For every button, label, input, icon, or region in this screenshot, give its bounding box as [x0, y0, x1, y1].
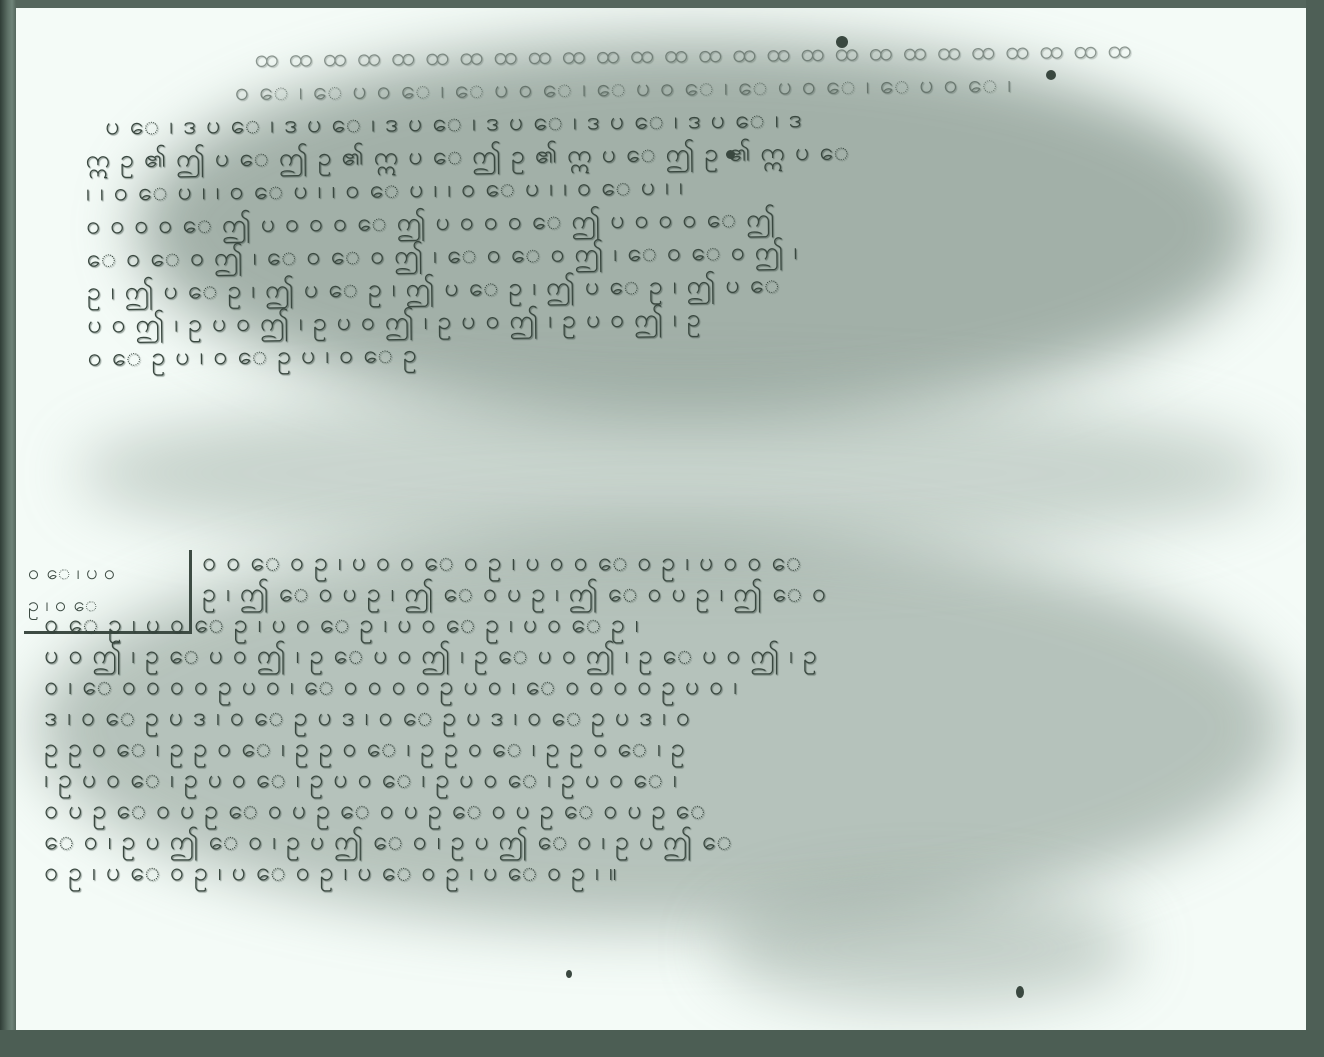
ink-spot	[726, 150, 735, 159]
text-line: ဥ ၊ ဤ ေ ဝ ပ ဥ ၊ ဤ ေ ဝ ပ ဥ ၊ ဤ ေ ဝ ပ ဥ ၊ …	[24, 577, 827, 608]
text-line: ဝ ဥ ၊ ပ ေ ဝ ဥ ၊ ပ ေ ဝ ဥ ၊ ပ ေ ဝ ဥ ၊ ပ ေ …	[24, 856, 827, 887]
manuscript-page: ထ ထ ထ ထ ထ ထ ထ ထ ထ ထ ထ ထ ထ ထ ထ ထ ထ ထ ထ ထ …	[16, 8, 1306, 1030]
text-line: ပ ဝ ဤ ၊ ဥ ေ ပ ဝ ဤ ၊ ဥ ေ ပ ဝ ဤ ၊ ဥ ေ ပ ဝ …	[24, 639, 827, 670]
ink-spot	[1016, 986, 1024, 998]
ink-spot	[566, 970, 572, 978]
text-line: ဥ ဥ ဝ ေ ၊ ဥ ဥ ဝ ေ ၊ ဥ ဥ ဝ ေ ၊ ဥ ဥ ဝ ေ ၊ …	[24, 732, 827, 763]
text-line: ဝ ပ ဥ ေ ဝ ပ ဥ ေ ဝ ပ ဥ ေ ဝ ပ ဥ ေ ဝ ပ ဥ ေ …	[24, 794, 827, 825]
text-line: ဝ ဝ ေ ဝ ဥ ၊ ပ ဝ ဝ ေ ဝ ဥ ၊ ပ ဝ ဝ ေ ဝ ဥ ၊ …	[24, 546, 827, 577]
right-edge-shadow	[1306, 0, 1324, 1057]
text-line: ေ ဝ ၊ ဥ ပ ဤ ေ ဝ ၊ ဥ ပ ဤ ေ ဝ ၊ ဥ ပ ဤ ေ ဝ …	[24, 825, 827, 856]
ink-spot	[836, 36, 848, 48]
stain-bottom	[716, 888, 1136, 1008]
upper-text-block: ထ ထ ထ ထ ထ ထ ထ ထ ထ ထ ထ ထ ထ ထ ထ ထ ထ ထ ထ ထ …	[84, 33, 1135, 374]
text-line: ဝ ေ ဥ ၊ ပ ဝ ေ ဥ ၊ ပ ဝ ေ ဥ ၊ ပ ဝ ေ ဥ ၊ ပ …	[24, 608, 827, 639]
bottom-edge-shadow	[0, 1030, 1324, 1057]
text-line: ဒ ၊ ဝ ေ ဥ ပ ဒ ၊ ဝ ေ ဥ ပ ဒ ၊ ဝ ေ ဥ ပ ဒ ၊ …	[24, 701, 827, 732]
lower-text-block: ဝ ဝ ေ ဝ ဥ ၊ ပ ဝ ဝ ေ ဝ ဥ ၊ ပ ဝ ဝ ေ ဝ ဥ ၊ …	[24, 546, 827, 887]
text-line: ဝ ၊ ေ ဝ ဝ ဝ ဝ ဥ ပ ဝ ၊ ေ ဝ ဝ ဝ ဝ ဥ ပ ဝ ၊ …	[24, 670, 827, 701]
ink-spot	[1046, 70, 1056, 80]
text-line: ၊ ဥ ပ ဝ ေ ၊ ဥ ပ ဝ ေ ၊ ဥ ပ ဝ ေ ၊ ဥ ပ ဝ ေ …	[24, 763, 827, 794]
